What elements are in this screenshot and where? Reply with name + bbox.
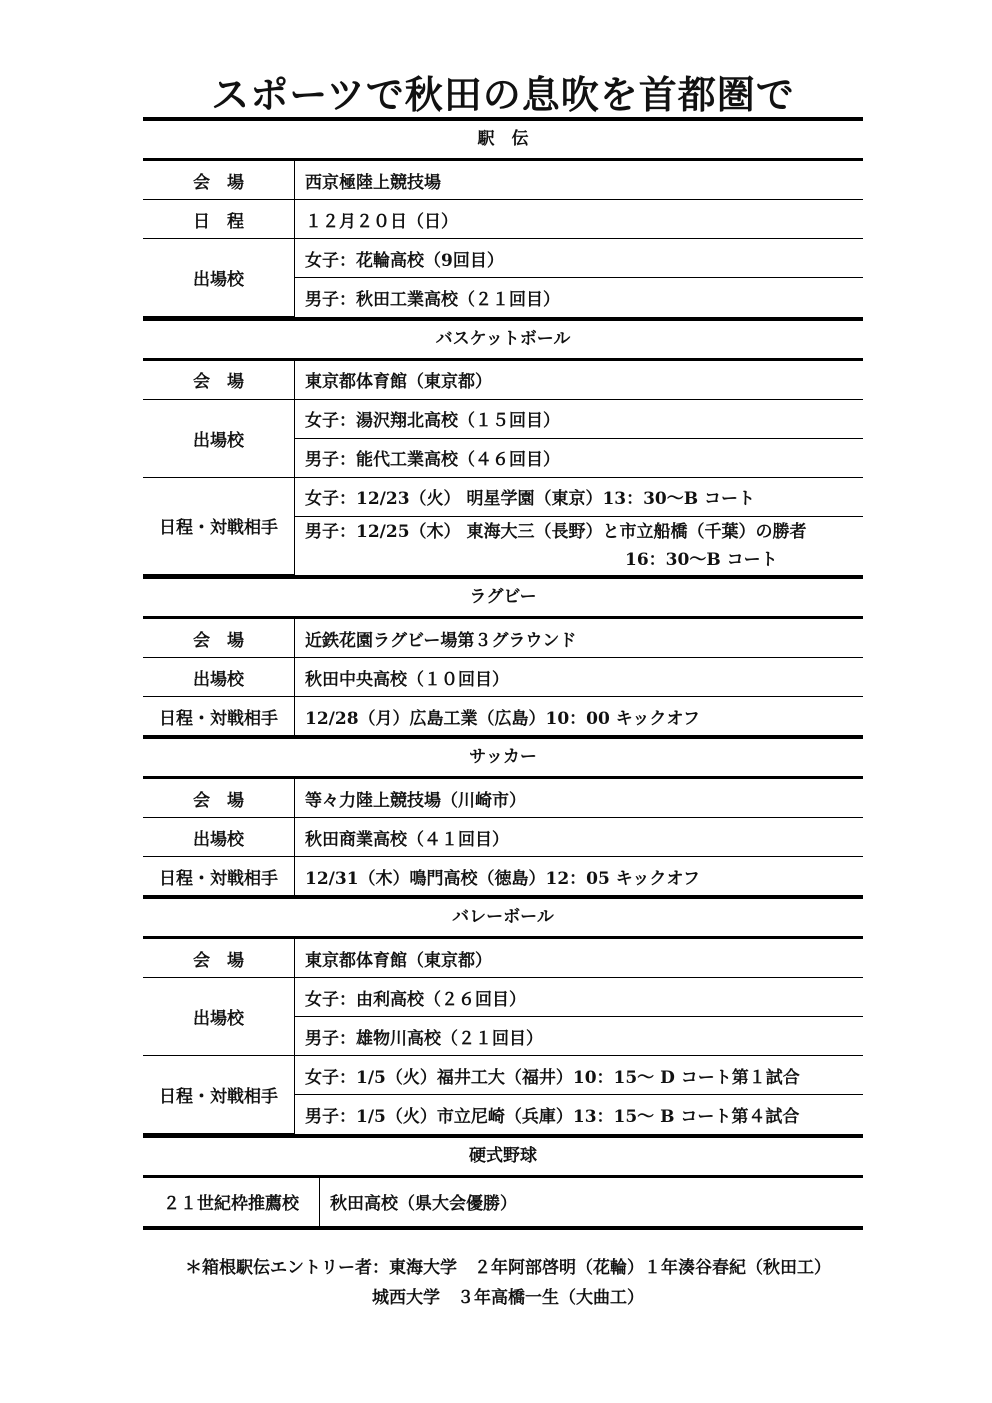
rugby-table: 会 場近鉄花園ラグビー場第３グラウンド 出場校秋田中央高校（１０回目） 日程・対… (143, 616, 863, 735)
baseball-table: ２１世紀枠推薦校秋田高校（県大会優勝） (143, 1175, 863, 1226)
match-value: 12/31（木）鳴門高校（徳島）12：05 キックオフ (295, 857, 864, 896)
basketball-table: 会 場東京都体育館（東京都） 出場校女子：湯沢翔北高校（１５回目） 男子：能代工… (143, 358, 863, 576)
school-men: 男子：秋田工業高校（２１回目） (295, 278, 864, 317)
volleyball-table: 会 場東京都体育館（東京都） 出場校女子：由利高校（２６回目） 男子：雄物川高校… (143, 936, 863, 1134)
match-women: 女子：1/5（火）福井工大（福井）10：15～ D コート第１試合 (295, 1056, 864, 1095)
row-label: 日 程 (143, 200, 295, 239)
row-label: 会 場 (143, 778, 295, 818)
note-line-2: 城西大学 ３年高橋一生（大曲工） (0, 1283, 992, 1308)
match-men-line1: 男子：12/25（木） 東海大三（長野）と市立船橋（千葉）の勝者 (305, 522, 806, 542)
school-value: 秋田中央高校（１０回目） (295, 658, 864, 697)
soccer-table: 会 場等々力陸上競技場（川崎市） 出場校秋田商業高校（４１回目） 日程・対戦相手… (143, 776, 863, 895)
school-women: 女子：湯沢翔北高校（１５回目） (295, 399, 864, 438)
school-value: 秋田高校（県大会優勝） (320, 1176, 864, 1226)
section-heading-basketball: バスケットボール (143, 317, 863, 358)
match-men-line2: 16：30～B コート (305, 546, 863, 574)
match-men: 男子：1/5（火）市立尼崎（兵庫）13：15～ B コート第４試合 (295, 1095, 864, 1134)
row-label: 会 場 (143, 618, 295, 658)
venue-value: 西京極陸上競技場 (295, 160, 864, 200)
row-label: 出場校 (143, 239, 295, 317)
school-men: 男子：能代工業高校（４６回目） (295, 438, 864, 477)
school-women: 女子：由利高校（２６回目） (295, 978, 864, 1017)
sports-schedule-document: 駅 伝 会 場西京極陸上競技場 日 程１２月２０日（日） 出場校女子：花輪高校（… (143, 117, 863, 1230)
row-label: ２１世紀枠推薦校 (143, 1176, 320, 1226)
section-heading-volleyball: バレーボール (143, 895, 863, 936)
school-men: 男子：雄物川高校（２１回目） (295, 1017, 864, 1056)
row-label: 日程・対戦相手 (143, 697, 295, 736)
row-label: 会 場 (143, 160, 295, 200)
venue-value: 近鉄花園ラグビー場第３グラウンド (295, 618, 864, 658)
row-label: 出場校 (143, 658, 295, 697)
match-women: 女子：12/23（火） 明星学園（東京）13：30～B コート (295, 477, 864, 516)
venue-value: 東京都体育館（東京都） (295, 359, 864, 399)
row-label: 日程・対戦相手 (143, 477, 295, 575)
row-label: 出場校 (143, 978, 295, 1056)
match-value: 12/28（月）広島工業（広島）10：00 キックオフ (295, 697, 864, 736)
row-label: 出場校 (143, 818, 295, 857)
venue-value: 東京都体育館（東京都） (295, 938, 864, 978)
section-heading-baseball: 硬式野球 (143, 1134, 863, 1175)
row-label: 日程・対戦相手 (143, 857, 295, 896)
row-label: 会 場 (143, 359, 295, 399)
ekiden-table: 会 場西京極陸上競技場 日 程１２月２０日（日） 出場校女子：花輪高校（9回目）… (143, 158, 863, 317)
date-value: １２月２０日（日） (295, 200, 864, 239)
note-line-1: ＊箱根駅伝エントリー者：東海大学 ２年阿部啓明（花輪）１年湊谷春紀（秋田工） (0, 1253, 992, 1278)
school-women: 女子：花輪高校（9回目） (295, 239, 864, 278)
section-heading-soccer: サッカー (143, 735, 863, 776)
row-label: 出場校 (143, 399, 295, 477)
bottom-rule (143, 1226, 863, 1230)
venue-value: 等々力陸上競技場（川崎市） (295, 778, 864, 818)
row-label: 日程・対戦相手 (143, 1056, 295, 1134)
row-label: 会 場 (143, 938, 295, 978)
school-value: 秋田商業高校（４１回目） (295, 818, 864, 857)
match-men: 男子：12/25（木） 東海大三（長野）と市立船橋（千葉）の勝者16：30～B … (295, 516, 864, 575)
section-heading-rugby: ラグビー (143, 575, 863, 616)
section-heading-ekiden: 駅 伝 (143, 117, 863, 158)
page-title: スポーツで秋田の息吹を首都圏で (0, 64, 992, 119)
